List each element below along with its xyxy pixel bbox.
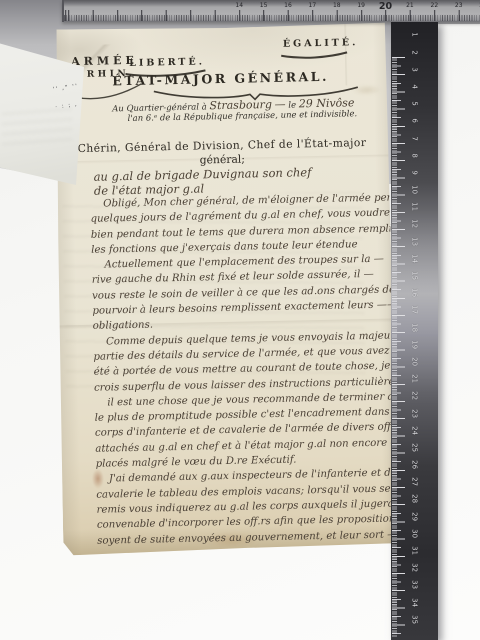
- ruler-number: 30: [406, 526, 423, 540]
- ruler-number: 13: [406, 234, 423, 248]
- ruler-number: 20: [406, 355, 423, 369]
- ruler-number: 7: [406, 131, 423, 145]
- ruler-number: 18: [406, 320, 423, 334]
- ruler-number: 22: [422, 2, 446, 12]
- card-marks-line1: '' ," '': [52, 83, 78, 93]
- ruler-number: 33: [406, 578, 423, 592]
- ruler-number: 15: [406, 269, 423, 283]
- ruler-number: 23: [406, 406, 423, 420]
- ruler-number: 9: [406, 165, 423, 179]
- ruler-number: 4: [406, 80, 423, 94]
- ruler-number: 17: [300, 2, 324, 12]
- letter-body: Obligé, Mon cher général, de m'éloigner …: [90, 191, 393, 549]
- card-marks-line2: · : ; ,: [55, 101, 81, 111]
- ruler-number: 11: [406, 200, 423, 214]
- ruler-number: 16: [406, 286, 423, 300]
- ruler-number: 14: [406, 251, 423, 265]
- ruler-number: 8: [406, 148, 423, 162]
- ruler-number: 24: [406, 423, 423, 437]
- ruler-number: 22: [406, 389, 423, 403]
- ruler-number: 24: [471, 2, 480, 12]
- ruler-number: 5: [406, 97, 423, 111]
- ruler-number: 35: [406, 612, 423, 626]
- motto-egalite: ÉGALITÉ.: [283, 37, 359, 50]
- ruler-number: 27: [406, 475, 423, 489]
- ruler-number: 12: [406, 217, 423, 231]
- ruler-cm-ticks: [392, 57, 405, 637]
- ruler-number: 2: [406, 45, 423, 59]
- horizontal-ruler: 1415161718192021222324: [62, 0, 480, 22]
- flourish-under-egalite: [281, 50, 349, 61]
- date-handwritten: 29 Nivôse: [299, 96, 355, 110]
- ruler-number: 1: [406, 28, 423, 42]
- dateline-le: le: [288, 100, 296, 110]
- ruler-number: 32: [406, 561, 423, 575]
- ruler-number: 17: [406, 303, 423, 317]
- card-ink-marks: '' ," '' · : ; ,: [51, 71, 83, 122]
- place-handwritten: Strasbourg: [209, 98, 272, 112]
- ruler-number: 23: [447, 2, 471, 12]
- dateline-dash: —: [274, 98, 285, 111]
- ruler-number: 19: [349, 2, 373, 12]
- ruler-number: 31: [406, 544, 423, 558]
- ruler-number-column: 1234567891011121314151617181920212223242…: [408, 26, 422, 628]
- ruler-number-row: 1415161718192021222324: [227, 2, 480, 12]
- ruler-number: 25: [406, 440, 423, 454]
- ruler-number: 26: [406, 458, 423, 472]
- ruler-number: 18: [325, 2, 349, 12]
- ruler-number: 20: [373, 1, 397, 12]
- ruler-number: 21: [406, 372, 423, 386]
- ruler-number: 10: [406, 183, 423, 197]
- ruler-number: 16: [276, 2, 300, 12]
- ruler-number: 28: [406, 492, 423, 506]
- corner-unit-line1: ARMÉE: [71, 54, 138, 68]
- motto-liberte: LIBERTÉ.: [129, 56, 205, 69]
- ruler-number: 6: [406, 114, 423, 128]
- vertical-ruler: 1234567891011121314151617181920212223242…: [391, 22, 438, 640]
- ruler-number: 15: [251, 2, 275, 12]
- ruler-number: 19: [406, 337, 423, 351]
- ruler-number: 29: [406, 509, 423, 523]
- ruler-number: 21: [398, 2, 422, 12]
- ruler-number: 3: [406, 62, 423, 76]
- document-paper: ARMÉE DU RHIN. LIBERTÉ. ÉGALITÉ. ÉTAT-MA…: [53, 23, 398, 556]
- ruler-number: 34: [406, 595, 423, 609]
- ruler-number: 14: [227, 2, 251, 12]
